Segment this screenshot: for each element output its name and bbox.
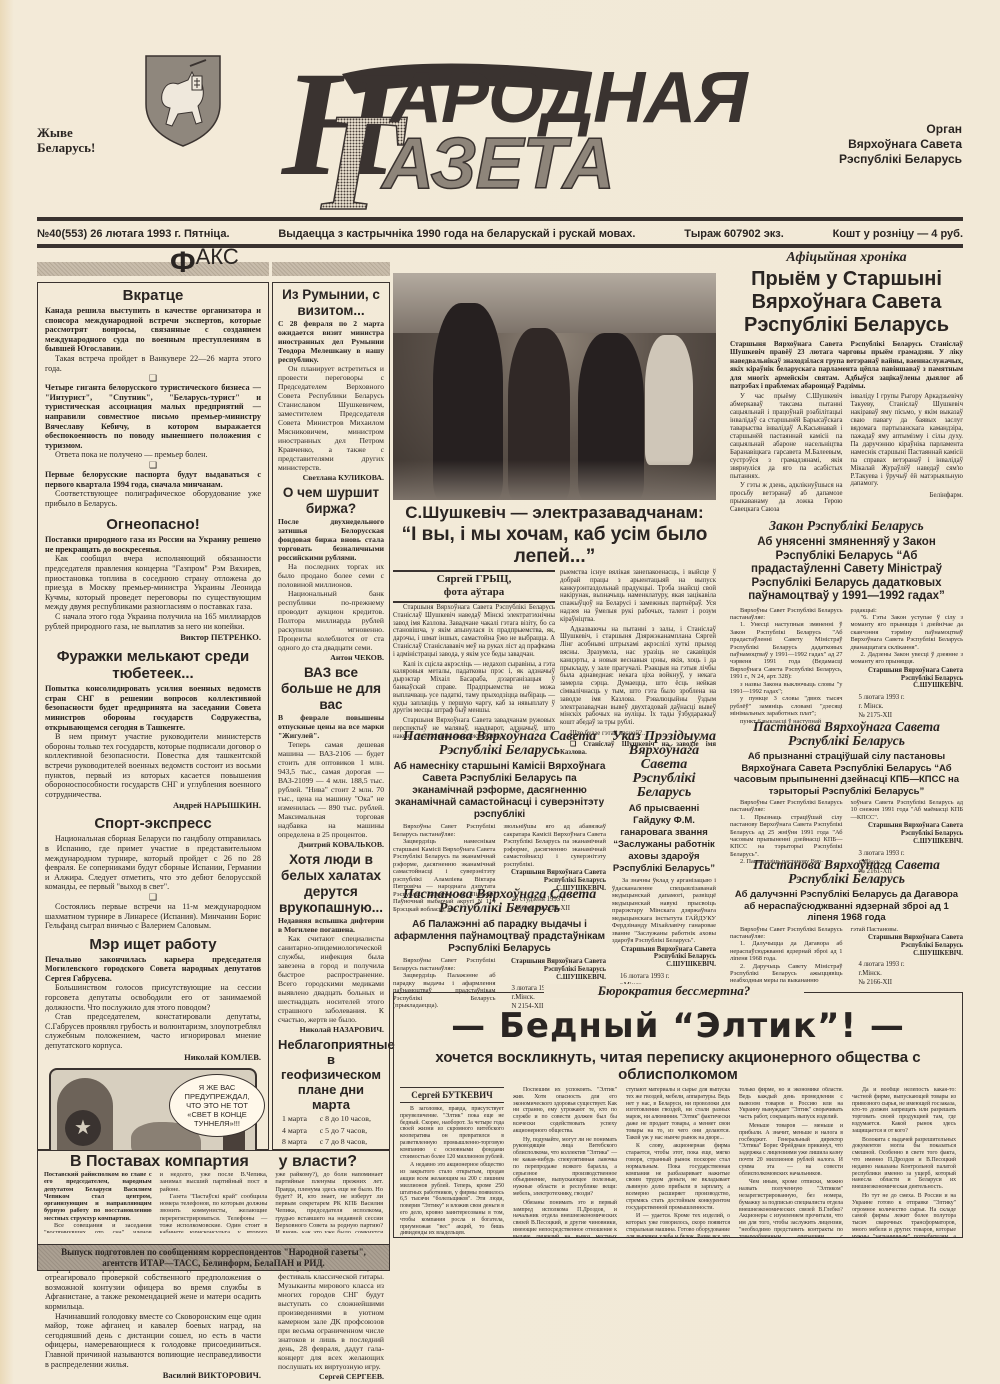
chronicle-text: У гэты ж дзень, адклікнуўшыся на просьбу…	[730, 482, 843, 514]
postavy-body: и недолго, уже после В.Чепика, занимал в…	[160, 1171, 268, 1193]
eltik-paragraph: И — удается. Кроме тех изделий, о которы…	[626, 1213, 730, 1237]
feature-headline-quote: “І вы, і мы хочам, каб усім было лепей..…	[393, 524, 716, 568]
eltik-paragraph: Волокита с выдачей разрешительных докуме…	[852, 1137, 956, 1191]
organ-line-2: Вярхоўнага Савета	[830, 137, 962, 152]
heading-geophys: Неблагоприятные в геофизическом плане дн…	[278, 1037, 384, 1112]
separator-square-icon: ❑	[45, 892, 261, 902]
brief-1-lead: Канада решила выступить в качестве орган…	[45, 306, 261, 354]
signature-line: Рэспублікі Беларусь	[504, 877, 607, 885]
sport-body: Национальная сборная Беларуси по гандбол…	[45, 834, 261, 892]
law-kicker: Закон Рэспублікі Беларусь	[730, 518, 963, 534]
resolution-text: Вярхоўны Савет Рэспублікі Беларусь паста…	[393, 823, 496, 838]
table-row: 1 мартас 8 до 10 часов,	[280, 1114, 382, 1124]
heading-postavy-part-a: В Поставах компартия	[70, 1153, 249, 1171]
signature-line: Рэспублікі Беларусь	[504, 966, 607, 974]
pahonia-coat-of-arms-icon	[144, 54, 222, 148]
heading-postavy: В Поставах компартия у власти?	[44, 1153, 383, 1171]
resolution-kicker: Пастанова Вярхоўнага Савета Рэспублікі Б…	[393, 888, 606, 916]
mer-body: Большинством голосов присутствующие на с…	[45, 983, 261, 1012]
postavy-article: В Поставах компартия у власти? Поставски…	[37, 1150, 390, 1245]
eltik-byline: Сергей БУТКЕВИЧ	[400, 1087, 504, 1103]
resolution-title: Аб прызнанні страціўшай сілу пастановы В…	[730, 751, 963, 797]
fax-box-left: Вкратце Канада решила выступить в качест…	[37, 282, 269, 1150]
eltik-col-1: Сергей БУТКЕВИЧ В заголовке, правда, при…	[400, 1087, 504, 1237]
brief-1-body: Такая встреча пройдет в Ванкувере 22—26 …	[45, 354, 261, 373]
chronicle-kicker: Афіцыйная хроніка	[730, 250, 963, 266]
difteria-lead: Недавняя вспышка дифтерии в Могилеве пог…	[278, 916, 384, 934]
table-row: 8 мартас 7 до 8 часов,	[280, 1137, 382, 1147]
heading-ogneopasno: Огнеопасно!	[45, 516, 261, 533]
law-text: у пункце 3 словы "двюх тысяч рублёў" зам…	[730, 695, 843, 717]
locomotive-star-icon: ★	[65, 1110, 101, 1146]
table-row: 4 мартас 5 до 7 часов,	[280, 1126, 382, 1136]
resolution-kicker: Пастанова Вярхоўнага Савета Рэспублікі Б…	[730, 858, 963, 886]
resolution-text: Вярхоўны Савет Рэспублікі Беларусь паста…	[393, 957, 496, 972]
fax-logo-rest: АКС	[196, 244, 239, 269]
photo-person-4	[645, 335, 693, 465]
circulation: Тыраж 607902 экз.	[684, 228, 784, 240]
feature-author: Сяргей ГРЫЦ,	[393, 573, 555, 586]
romania-body: Он планирует встретиться и провести пере…	[278, 364, 384, 472]
signature-line: Старшыня Вярхоўнага Савета	[851, 822, 964, 830]
signature-block: Старшыня Вярхоўнага Савета Рэспублікі Бе…	[612, 946, 716, 969]
brief-2-body: Ответа пока не получено — премьер болен.	[45, 450, 261, 460]
heading-furazhki: Фуражки мелькают среди тюбетеек...	[45, 648, 261, 682]
byline-rule	[393, 570, 555, 572]
sport-body: Состоялись первые встречи на 11-м междун…	[45, 902, 261, 931]
eltik-col-2: Поспешим их успокоить. "Элтик" жив. Хотя…	[513, 1087, 617, 1237]
number-line: № 2166-XII	[859, 978, 964, 987]
signature-block: Старшыня Вярхоўнага Савета Рэспублікі Бе…	[851, 822, 964, 845]
date-cell: 4 марта	[280, 1126, 316, 1136]
byline: Николай НАЗАРОВИЧ.	[278, 1025, 384, 1034]
heading-difteria: Хотя люди в белых халатах дерутся врукоп…	[278, 852, 384, 916]
heading-romania: Из Румынии, с визитом...	[278, 287, 384, 319]
mer-lead: Печально закончилась карьера председател…	[45, 955, 261, 984]
chronicle-col-2: інваліду І групы Рыгору Аркадзьевічу Так…	[851, 393, 964, 514]
place-line: г. Мінск.	[859, 702, 964, 711]
chronicle-columns: У час прыёму С.Шушкевіч абмеркаваў такса…	[730, 393, 963, 514]
signature-name: С.ШУШКЕВІЧ.	[851, 838, 964, 846]
resolution-kicker: Пастанова Вярхоўнага Савета Рэспублікі Б…	[730, 720, 963, 748]
byline: Виктор ПЕТРЕНКО.	[45, 632, 261, 642]
publisher-organ: Орган Вярхоўнага Савета Рэспублікі Белар…	[830, 122, 962, 167]
law-text: 1. Унесці наступныя змяненні ў Закон Рэс…	[730, 621, 843, 680]
law-text: з назвы Закона выключыць словы "у 1991—1…	[730, 681, 843, 696]
signature-line: Рэспублікі Беларусь	[851, 675, 964, 683]
sources-line-2: агентств ИТАР—ТАСС, Белинформ, БелаПАН и…	[38, 1258, 389, 1269]
logo-title-line-2: АЗЕТА	[382, 128, 614, 200]
slogan-line-2: Беларусь!	[37, 140, 95, 155]
heading-postavy-part-b: у власти?	[279, 1153, 357, 1171]
tanki-body: Начинавший голодовку вместе со Сковоронс…	[45, 1312, 261, 1370]
decree-kicker: Указ Прэзідыума Вярхоўнага Савета Рэспуб…	[612, 730, 716, 800]
decree-text: За значны ўклад у арганізацыю і ўдаскана…	[612, 877, 716, 945]
resolution-text: Вярхоўны Савет Рэспублікі Беларусь паста…	[730, 799, 843, 814]
heading-vkratce: Вкратце	[45, 287, 261, 304]
ogneopasno-lead: Поставки природного газа из России на Ук…	[45, 535, 261, 554]
sources-footer: Выпуск подготовлен по сообщениям корресп…	[37, 1245, 390, 1271]
speech-bubble: Я ЖЕ ВАС ПРЕДУПРЕЖДАЛ, ЧТО ЭТО НЕ ТОТ «С…	[169, 1074, 265, 1137]
feature-author-role: фота аўтара	[393, 586, 555, 599]
resolution-text: звольніўшы яго ад абавязкаў сакратара Ка…	[504, 823, 607, 868]
byline: Дмитрий КОВАЛЬКОВ.	[278, 840, 384, 849]
ogneopasno-body: С начала этого года Украина получила на …	[45, 612, 261, 631]
law-text: Вярхоўны Савет Рэспублікі Беларусь паста…	[730, 607, 843, 622]
heading-sport: Спорт-экспресс	[45, 815, 261, 832]
chronicle-text: інваліду І групы Рыгору Аркадзьевічу Так…	[851, 393, 964, 488]
birzha-lead: После двухнедельного затишья Белорусская…	[278, 517, 384, 562]
date-line: 5 лютага 1993 г.	[859, 693, 964, 702]
signature-line: Старшыня Вярхоўнага Савета	[851, 667, 964, 675]
heading-vaz: ВАЗ все больше не для вас	[278, 665, 384, 713]
postavy-col-3: уже райкому?), до боли напоминает партий…	[275, 1171, 383, 1233]
time-cell: с 7 до 8 часов,	[318, 1137, 382, 1147]
date-cell: 8 марта	[280, 1137, 316, 1147]
vaz-body: Теперь самая дешевая машина — ВАЗ-2106 —…	[278, 740, 384, 839]
fax-logo: ФАКС	[170, 246, 239, 280]
fax-box-middle: Из Румынии, с визитом... С 28 февраля по…	[272, 282, 390, 1150]
resolution-columns: Вярхоўны Савет Рэспублікі Беларусь паста…	[730, 926, 963, 988]
birzha-body: Национальный банк республики по-прежнему…	[278, 589, 384, 652]
signature-line: Старшыня Вярхоўнага Савета	[612, 946, 716, 954]
resolution-text: 1. Далучыцца да Дагавора аб нераспаўсюдж…	[730, 940, 843, 962]
separator-square-icon: ❑	[45, 460, 261, 470]
issue-number-date: №40(553) 26 лютага 1993 г. Пятніца.	[37, 228, 230, 240]
brief-3-lead: Первые белорусские паспорта будут выдава…	[45, 470, 261, 489]
gitara-body: Здесь открылся II Международный камерный…	[278, 1254, 384, 1371]
sources-line-1: Выпуск подготовлен по сообщениям корресп…	[38, 1247, 389, 1258]
resolution-title: Аб Палажэнні аб парадку выдачы і афармле…	[393, 919, 606, 955]
chronicle-text: У час прыёму С.Шушкевіч абмеркаваў такса…	[730, 393, 843, 480]
law-columns: Вярхоўны Савет Рэспублікі Беларусь паста…	[730, 607, 963, 726]
eltik-kicker: Бюрократия бессмертна?	[544, 984, 804, 998]
law-text: "6. Гэты Закон уступае ў сілу з моманту …	[851, 614, 964, 651]
time-cell: с 5 до 7 часов,	[318, 1126, 382, 1136]
furazhki-lead: Попытка консолидировать усилия военных в…	[45, 684, 261, 732]
eltik-paragraph: Но тут не до смеха. В России и на Украин…	[852, 1193, 956, 1237]
presidium-decree: Указ Прэзідыума Вярхоўнага Савета Рэспуб…	[612, 730, 716, 999]
law-col-2: рэдакцыі: "6. Гэты Закон уступае ў сілу …	[851, 607, 964, 726]
signature-line: Рэспублікі Беларусь	[851, 942, 964, 950]
feature-photo	[393, 273, 716, 500]
signature-name: С.ШУШКЕВІЧ.	[612, 961, 716, 969]
birzha-body: На последних торгах их было продано боле…	[278, 562, 384, 589]
date-cell: 1 марта	[280, 1114, 316, 1124]
law-title: Аб унясенні змяненняў у Закон Рэспублікі…	[730, 536, 963, 604]
date-line: 4 лютага 1993 г.	[859, 960, 964, 969]
news-source: Белінфарм.	[851, 491, 964, 499]
eltik-paragraph: А недавно это акционерное общество из за…	[400, 1162, 504, 1237]
date-block: 4 лютага 1993 г. г.Мінск. № 2166-XII	[851, 960, 964, 987]
eltik-subtitle: хочется воскликнуть, читая переписку акц…	[400, 1049, 956, 1083]
feature-paragraph: Адказваючы на пытанні з залы, і Станісла…	[560, 626, 716, 727]
postavy-col-2: и недолго, уже после В.Чепика, занимал в…	[160, 1171, 268, 1233]
slogan-line-1: Жыве	[37, 125, 95, 140]
eltik-paragraph: Обязаны понимать это и первый зампред ис…	[513, 1200, 617, 1237]
organ-line-1: Орган	[830, 122, 962, 137]
decree-title: Аб прысваенні Гайдуку Ф.М. ганаровага зв…	[612, 803, 716, 875]
signature-name: С.ШУШКЕВІЧ.	[851, 950, 964, 958]
feature-col-1: Старшыня Вярхоўнага Савета Рэспублікі Бе…	[393, 604, 555, 741]
separator-square-icon: ❑	[45, 373, 261, 383]
brief-2-lead: Четыре гиганта белорусского туристическо…	[45, 383, 261, 450]
place-line: г.Мінск.	[859, 969, 964, 978]
mer-body: Став председателем, констатировали депут…	[45, 1012, 261, 1050]
byline: Сергей СЕРГЕЕВ.	[278, 1372, 384, 1381]
law-text: рэдакцыі:	[851, 607, 964, 614]
organ-line-3: Рэспублікі Беларусь	[830, 152, 962, 167]
eltik-paragraph: ступают материалы и сырье для выпуска те…	[626, 1087, 730, 1141]
chronicle-lead: Старшыня Вярхоўнага Савета Рэспублікі Бе…	[730, 340, 963, 390]
resolution-text: хоўнага Савета Рэспублікі Беларусь ад 10…	[851, 799, 964, 821]
date-block: 5 лютага 1993 г. г. Мінск. № 2175-XII	[851, 693, 964, 720]
ogneopasno-body: Как сообщил вчера исполняющий обязанност…	[45, 554, 261, 612]
eltik-title: — Бедный “Элтик”! —	[400, 1007, 956, 1045]
signature-line: Старшыня Вярхоўнага Савета	[851, 934, 964, 942]
chronicle-col-1: У час прыёму С.Шушкевіч абмеркаваў такса…	[730, 393, 843, 514]
eltik-columns: Сергей БУТКЕВИЧ В заголовке, правда, при…	[400, 1087, 956, 1237]
eltik-paragraph: только фирме, но и экономике области. Ве…	[739, 1087, 843, 1121]
masthead-top-rule	[37, 217, 963, 221]
signature-line: Рэспублікі Беларусь	[851, 830, 964, 838]
resolution-title: Аб далучэнні Рэспублікі Беларусь да Дага…	[730, 889, 963, 924]
slogan: Жыве Беларусь!	[37, 125, 95, 155]
byline: Андрей НАРЫШКИН.	[45, 800, 261, 810]
feature-paragraph: Калі іх сцісла акрэсліць — недахоп сырав…	[393, 661, 555, 716]
romania-lead: С 28 февраля по 2 марта ожидается визит …	[278, 319, 384, 364]
resolution-kpb: Пастанова Вярхоўнага Савета Рэспублікі Б…	[730, 720, 963, 876]
vaz-lead: В феврале повышены отпускные цены на все…	[278, 713, 384, 740]
resolution-text: Вярхоўны Савет Рэспублікі Беларусь паста…	[730, 926, 843, 941]
resolution-npt: Пастанова Вярхоўнага Савета Рэспублікі Б…	[730, 858, 963, 987]
brief-3-body: Соответствующее полиграфическое оборудов…	[45, 489, 261, 508]
law-col-1: Вярхоўны Савет Рэспублікі Беларусь паста…	[730, 607, 843, 726]
eltik-col-4: только фирме, но и экономике области. Ве…	[739, 1087, 843, 1237]
heading-birzha: О чем шуршит биржа?	[278, 485, 384, 517]
postavy-lead: Поставский райисполком во главе с его пр…	[44, 1171, 152, 1222]
fax-logo-f: Ф	[170, 246, 196, 279]
eltik-paragraph: Ну, подумайте, могут ли не понимать руко…	[513, 1137, 617, 1198]
official-chronicle: Афіцыйная хроніка Прыём у Старшыні Вярхо…	[730, 250, 963, 725]
resolution-title: Аб намесніку старшыні Камісіі Вярхоўнага…	[393, 761, 606, 821]
newspaper-page: Жыве Беларусь! Н Г АРОДНАЯ АЗЕТА Орган В…	[0, 0, 1000, 1384]
byline-rule	[393, 601, 555, 603]
heading-mer: Мэр ищет работу	[45, 936, 261, 953]
resolution-deputy: Пастанова Вярхоўнага Савета Рэспублікі Б…	[393, 730, 606, 913]
date-line: 16 лютага 1993 г.	[620, 972, 716, 981]
fax-banner-bar-right	[272, 262, 390, 276]
resolution-text: гэтай Пастановы.	[851, 926, 964, 933]
publication-note: Выдаецца з кастрычніка 1990 года на бела…	[278, 228, 635, 240]
eltik-col-5: Да и вообще нелепость какая-то: частной …	[852, 1087, 956, 1237]
resolution-text: 2. Даручыць Савету Міністраў Рэспублікі …	[730, 963, 843, 985]
byline: Светлана КУЛИКОВА.	[278, 473, 384, 482]
feature-paragraph: Старшыня Вярхоўнага Савета Рэспублікі Бе…	[393, 604, 555, 659]
postavy-body: Газета "Пастаўскі край" сообщила номера …	[160, 1193, 268, 1233]
signature-name: С.ШУШКЕВІЧ.	[851, 682, 964, 690]
issue-info-bar: №40(553) 26 лютага 1993 г. Пятніца. Выда…	[37, 225, 963, 243]
chronicle-title: Прыём у Старшыні Вярхоўнага Савета Рэспу…	[730, 268, 963, 337]
signature-block: Старшыня Вярхоўнага Савета Рэспублікі Бе…	[851, 667, 964, 690]
resolution-col-2: гэтай Пастановы. Старшыня Вярхоўнага Сав…	[851, 926, 964, 988]
resolution-kicker: Пастанова Вярхоўнага Савета Рэспублікі Б…	[393, 730, 606, 758]
eltik-paragraph: К слову, акционерная фирма старается, чт…	[626, 1143, 730, 1211]
postavy-body: Все совещания и заседания "воспрянувших …	[44, 1222, 152, 1233]
eltik-paragraph: В заголовке, правда, присутствует преуве…	[400, 1106, 504, 1160]
law-text: 2. Дадзены Закон увесці ў дзеянне з мома…	[851, 651, 964, 666]
signature-name: С.ШУШКЕВІЧ.	[504, 974, 607, 982]
postavy-columns: Поставский райисполком во главе с его пр…	[44, 1171, 383, 1233]
postavy-body: уже райкому?), до боли напоминает партий…	[275, 1171, 383, 1233]
signature-block: Старшыня Вярхоўнага Савета Рэспублікі Бе…	[504, 958, 607, 981]
time-cell: с 8 до 10 часов,	[318, 1114, 382, 1124]
postavy-col-1: Поставский райисполком во главе с его пр…	[44, 1171, 152, 1233]
byline: Николай КОМЛЕВ.	[45, 1052, 261, 1062]
difteria-body: Как считают специалисты санитарно-эпидем…	[278, 934, 384, 1024]
eltik-col-3: ступают материалы и сырье для выпуска те…	[626, 1087, 730, 1237]
signature-line: Рэспублікі Беларусь	[612, 953, 716, 961]
retail-price: Кошт у розніцу — 4 руб.	[833, 228, 963, 240]
feature-headline: С.Шушкевіч — электразавадчанам:	[393, 503, 716, 523]
byline: Василий ВИКТОРОВИЧ.	[45, 1370, 261, 1380]
signature-line: Старшыня Вярхоўнага Савета	[504, 958, 607, 966]
eltik-paragraph: Меньше товаров — меньше и прибыли. А зна…	[739, 1123, 843, 1177]
resolution-col-1: Вярхоўны Савет Рэспублікі Беларусь паста…	[730, 926, 843, 988]
signature-line: Старшыня Вярхоўнага Савета	[504, 869, 607, 877]
eltik-article: Бюрократия бессмертна? — Бедный “Элтик”!…	[393, 992, 963, 1238]
signature-block: Старшыня Вярхоўнага Савета Рэспублікі Бе…	[851, 934, 964, 957]
feature-paragraph: рыемства існуе вялікая занепакоенасць, і…	[560, 569, 716, 624]
eltik-paragraph: Чем иным, кроме отписки, можно назвать п…	[739, 1179, 843, 1237]
eltik-paragraph: Да и вообще нелепость какая-то: частной …	[852, 1087, 956, 1135]
byline: Антон ЧЕКОВ.	[278, 653, 384, 662]
eltik-paragraph: Поспешим их успокоить. "Элтик" жив. Хотя…	[513, 1087, 617, 1135]
feature-byline: Сяргей ГРЫЦ, фота аўтара	[393, 573, 555, 599]
photo-street	[393, 460, 716, 500]
furazhki-body: В нем примут участие руководители минист…	[45, 732, 261, 799]
resolution-text: 1. Прызнаць страціўшай сілу пастанову Вя…	[730, 814, 843, 858]
